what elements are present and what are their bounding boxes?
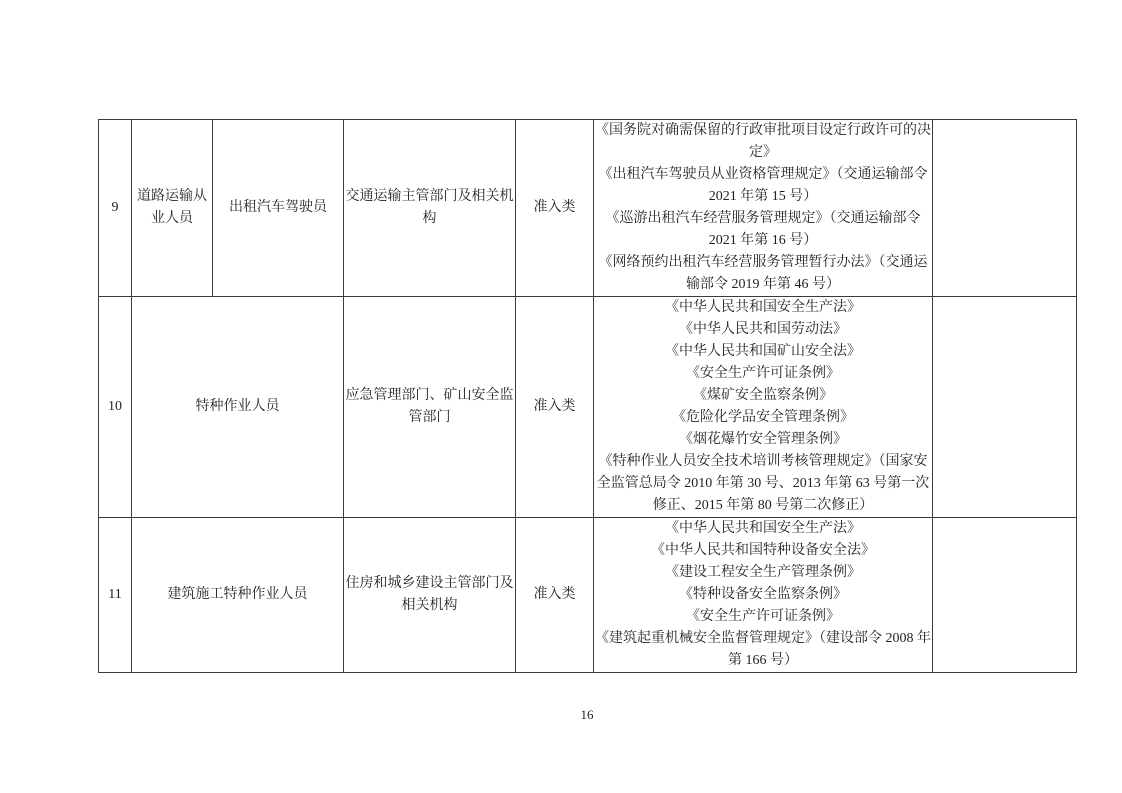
legal-basis-entry: 《危险化学品安全管理条例》 [594,407,932,429]
legal-basis-entry: 《出租汽车驾驶员从业资格管理规定》（交通运输部令 2021 年第 15 号） [594,164,932,208]
legal-basis-cell: 《中华人民共和国安全生产法》 《中华人民共和国劳动法》 《中华人民共和国矿山安全… [594,297,933,518]
regulation-table-container: 9 道路运输从业人员 出租汽车驾驶员 交通运输主管部门及相关机构 准入类 《国务… [98,119,1076,673]
table-row: 9 道路运输从业人员 出租汽车驾驶员 交通运输主管部门及相关机构 准入类 《国务… [99,120,1077,297]
legal-basis-cell: 《中华人民共和国安全生产法》 《中华人民共和国特种设备安全法》 《建设工程安全生… [594,518,933,673]
row-number-cell: 11 [99,518,132,673]
admission-type-cell: 准入类 [516,120,594,297]
department-cell: 交通运输主管部门及相关机构 [344,120,516,297]
legal-basis-entry: 《建设工程安全生产管理条例》 [594,562,932,584]
legal-basis-entry: 《巡游出租汽车经营服务管理规定》（交通运输部令 2021 年第 16 号） [594,208,932,252]
legal-basis-entry: 《烟花爆竹安全管理条例》 [594,429,932,451]
legal-basis-entry: 《网络预约出租汽车经营服务管理暂行办法》（交通运输部令 2019 年第 46 号… [594,252,932,296]
legal-basis-entry: 《中华人民共和国劳动法》 [594,319,932,341]
occupational-qualification-table: 9 道路运输从业人员 出租汽车驾驶员 交通运输主管部门及相关机构 准入类 《国务… [98,119,1077,673]
personnel-name-cell: 建筑施工特种作业人员 [132,518,344,673]
legal-basis-entry: 《中华人民共和国安全生产法》 [594,297,932,319]
page-number: 16 [98,707,1076,723]
legal-basis-entry: 《煤矿安全监察条例》 [594,385,932,407]
admission-type-cell: 准入类 [516,297,594,518]
legal-basis-cell: 《国务院对确需保留的行政审批项目设定行政许可的决定》 《出租汽车驾驶员从业资格管… [594,120,933,297]
legal-basis-entry: 《建筑起重机械安全监督管理规定》（建设部令 2008 年第 166 号） [594,628,932,672]
remarks-cell [933,297,1077,518]
remarks-cell [933,518,1077,673]
legal-basis-entry: 《安全生产许可证条例》 [594,363,932,385]
category-cell: 道路运输从业人员 [132,120,213,297]
legal-basis-entry: 《中华人民共和国安全生产法》 [594,518,932,540]
row-number-cell: 10 [99,297,132,518]
occupation-cell: 出租汽车驾驶员 [213,120,344,297]
admission-type-cell: 准入类 [516,518,594,673]
table-row: 11 建筑施工特种作业人员 住房和城乡建设主管部门及相关机构 准入类 《中华人民… [99,518,1077,673]
legal-basis-entry: 《特种设备安全监察条例》 [594,584,932,606]
legal-basis-entry: 《国务院对确需保留的行政审批项目设定行政许可的决定》 [594,120,932,164]
remarks-cell [933,120,1077,297]
legal-basis-entry: 《中华人民共和国特种设备安全法》 [594,540,932,562]
row-number-cell: 9 [99,120,132,297]
personnel-name-cell: 特种作业人员 [132,297,344,518]
legal-basis-entry: 《中华人民共和国矿山安全法》 [594,341,932,363]
legal-basis-entry: 《特种作业人员安全技术培训考核管理规定》（国家安全监管总局令 2010 年第 3… [594,451,932,517]
department-cell: 住房和城乡建设主管部门及相关机构 [344,518,516,673]
department-cell: 应急管理部门、矿山安全监管部门 [344,297,516,518]
table-row: 10 特种作业人员 应急管理部门、矿山安全监管部门 准入类 《中华人民共和国安全… [99,297,1077,518]
legal-basis-entry: 《安全生产许可证条例》 [594,606,932,628]
